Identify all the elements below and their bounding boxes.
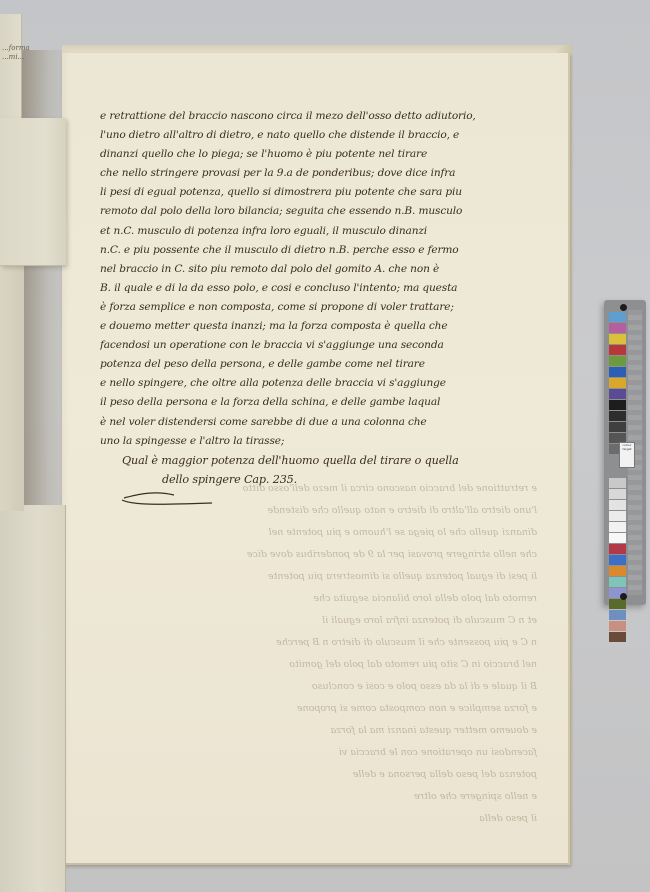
color-swatches-bottom: [609, 478, 626, 643]
color-swatch: [609, 389, 626, 399]
color-swatch: [609, 621, 626, 631]
color-swatch: [609, 411, 626, 421]
color-swatch: [609, 345, 626, 355]
color-checker-card: colour target: [604, 300, 646, 605]
manuscript-page: e retrattione del braccio nascono circa …: [62, 53, 570, 865]
left-binding: [0, 505, 66, 892]
color-swatch: [609, 356, 626, 366]
color-swatch: [609, 323, 626, 333]
color-swatch: [609, 555, 626, 565]
color-swatches-top: [609, 312, 626, 455]
leaf-margin-note: ...forma ...mi...: [2, 44, 20, 62]
color-swatch: [609, 334, 626, 344]
heading-flourish-icon: [62, 53, 570, 865]
color-swatch: [609, 511, 626, 521]
color-swatch: [609, 312, 626, 322]
color-swatch: [609, 500, 626, 510]
color-swatch: [609, 566, 626, 576]
checker-label: colour target: [619, 442, 635, 468]
color-swatch: [609, 599, 626, 609]
color-swatch: [609, 478, 626, 488]
color-swatch: [609, 544, 626, 554]
color-swatch: [609, 632, 626, 642]
color-swatch: [609, 400, 626, 410]
folded-leaf-lower: [0, 266, 24, 511]
color-swatch: [609, 533, 626, 543]
checker-hole-icon: [620, 593, 627, 600]
color-swatch: [609, 367, 626, 377]
color-swatch: [609, 577, 626, 587]
checker-hole-icon: [620, 304, 627, 311]
color-swatch: [609, 489, 626, 499]
folded-leaf-tab: [0, 118, 66, 266]
color-swatch: [609, 610, 626, 620]
color-swatch: [609, 422, 626, 432]
color-swatch: [609, 522, 626, 532]
color-swatch: [609, 378, 626, 388]
